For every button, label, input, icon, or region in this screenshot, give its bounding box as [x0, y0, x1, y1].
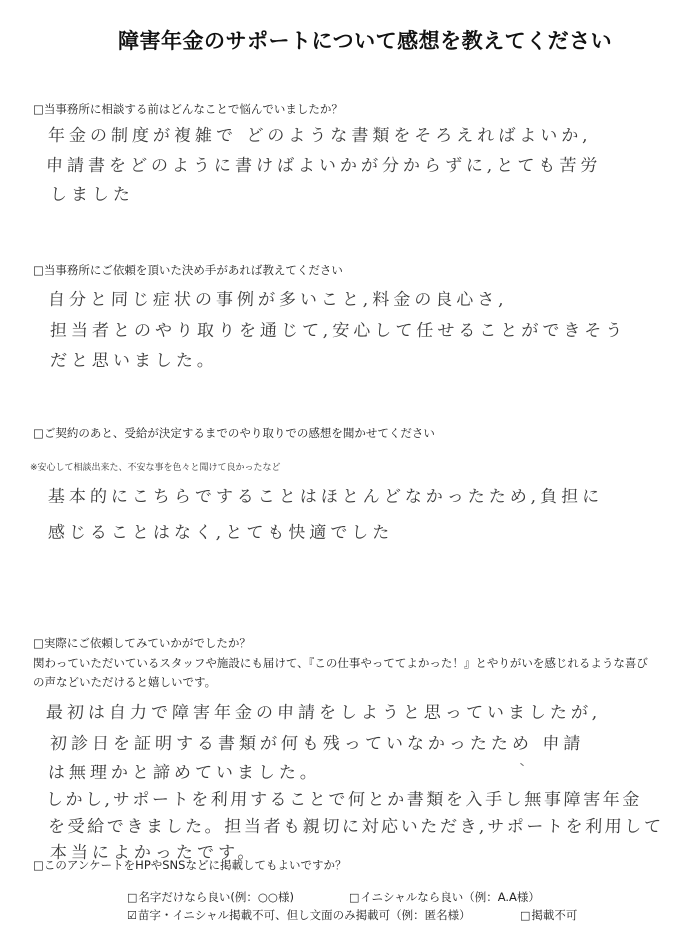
answer-1-line-2: 申請書をどのように書けばよいかが分からずに,とても苦労 — [46, 151, 602, 176]
option-label: 苗字・イニシャル掲載不可、但し文面のみ掲載可（例：匿名様） — [138, 908, 471, 922]
answer-3-line-1: 基本的にこちらですることはほとんどなかったため,負担に — [48, 482, 604, 507]
answer-1-line-3: しました — [50, 180, 135, 205]
question-4-description-2: の声などいただけると嬉しいです。 — [33, 674, 216, 690]
option-label: 掲載不可 — [531, 908, 577, 922]
answer-4-line-5: を受給できました。担当者も親切に対応いただき,サポートを利用して — [48, 812, 664, 837]
answer-3-line-2: 感じることはなく,とても快適でした — [48, 518, 394, 543]
option-surname-only[interactable]: □名字だけなら良い(例：○○様) — [127, 889, 294, 905]
page-title: 障害年金のサポートについて感想を教えてください — [118, 25, 612, 55]
question-4-description-1: 関わっていただいているスタッフや施設にも届けて、『この仕事やっててよかった！』と… — [33, 655, 648, 671]
answer-1-line-1: 年金の制度が複雑で どのような書類をそろえればよいか, — [48, 121, 593, 146]
question-3-note: ※安心して相談出来た、不安な事を色々と聞けて良かったなど — [30, 460, 281, 473]
answer-4-line-4: しかし,サポートを利用することで何とか書類を入手し無事障害年金 — [46, 785, 643, 810]
option-label: 名字だけなら良い(例：○○様) — [138, 890, 294, 904]
stray-mark — [520, 763, 524, 766]
answer-4-line-3: は無理かと諦めていました。 — [48, 758, 322, 783]
answer-2-line-1: 自分と同じ症状の事例が多いこと,料金の良心さ, — [48, 285, 509, 310]
question-1: □当事務所に相談する前はどんなことで悩んでいましたか？ — [33, 101, 343, 117]
checkbox-unchecked-icon[interactable]: □ — [127, 891, 137, 904]
question-2: □当事務所にご依頼を頂いた決め手があれば教えてください — [33, 262, 343, 278]
option-initials-only[interactable]: □イニシャルなら良い（例：A.A様） — [349, 889, 540, 905]
answer-4-line-2: 初診日を証明する書類が何も残っていなかったため 申請 — [50, 729, 585, 754]
question-3: □ご契約のあと、受給が決定するまでのやり取りでの感想を聞かせてください — [33, 425, 435, 441]
answer-4-line-1: 最初は自力で障害年金の申請をしようと思っていましたが, — [46, 698, 602, 723]
publish-question: □このアンケートをHPやSNSなどに掲載してもよいですか？ — [33, 857, 346, 873]
option-text-only[interactable]: ☑苗字・イニシャル掲載不可、但し文面のみ掲載可（例：匿名様） — [127, 907, 471, 923]
answer-2-line-2: 担当者とのやり取りを通じて,安心して任せることができそう — [50, 316, 627, 341]
option-no-publish[interactable]: □掲載不可 — [520, 907, 577, 923]
checkbox-checked-icon[interactable]: ☑ — [127, 909, 137, 922]
checkbox-unchecked-icon[interactable]: □ — [349, 891, 359, 904]
option-label: イニシャルなら良い（例：A.A様） — [360, 890, 540, 904]
question-4: □実際にご依頼してみていかがでしたか？ — [33, 635, 251, 651]
answer-2-line-3: だと思いました。 — [50, 346, 219, 371]
checkbox-unchecked-icon[interactable]: □ — [520, 909, 530, 922]
